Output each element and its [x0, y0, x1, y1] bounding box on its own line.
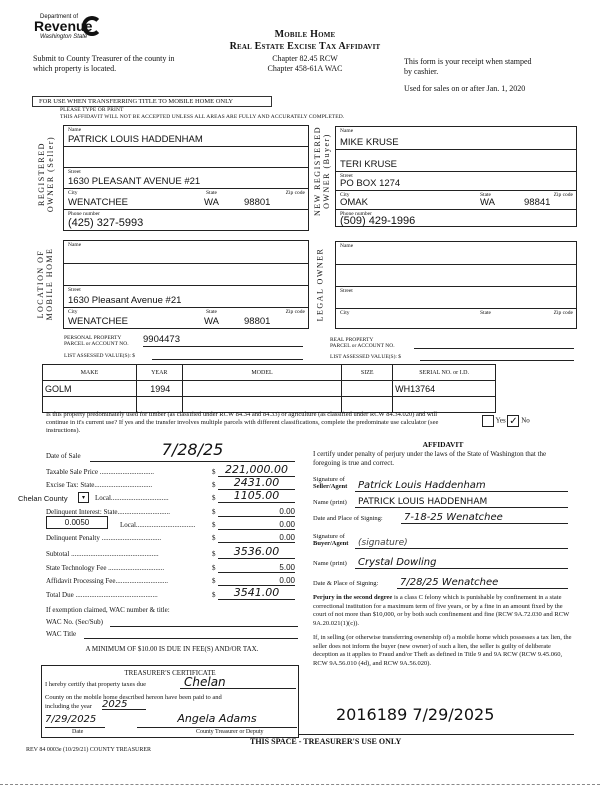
total-due-field[interactable]: 3541.00: [218, 586, 295, 600]
header-model: MODEL: [182, 365, 342, 381]
affidavit-title: AFFIDAVIT: [313, 440, 573, 449]
form-title-line2: Real Estate Excise Tax Affidavit: [180, 41, 430, 52]
wac-title-field[interactable]: [84, 630, 298, 639]
mobile-home-table: MAKE YEAR MODEL SIZE SERIAL NO. or I.D. …: [42, 364, 496, 413]
seller-signature-field[interactable]: Patrick Louis Haddenham: [355, 480, 568, 492]
buyer-name-row: Name (print) Crystal Dowling: [313, 552, 568, 569]
buyer-zip[interactable]: 98841: [524, 197, 550, 208]
chapter-rcw: Chapter 82.45 RCW: [230, 54, 380, 64]
table-row: GOLM 1994 WH13764: [43, 381, 496, 397]
certificate-year-field[interactable]: 2025: [102, 699, 146, 710]
processing-fee-field[interactable]: 0.00: [218, 576, 295, 586]
seller-date-row: Date and Place of Signing: 7-18-25 Wenat…: [313, 509, 568, 524]
title-transfer-banner: FOR USE WHEN TRANSFERRING TITLE TO MOBIL…: [32, 96, 272, 107]
used-for-note: Used for sales on or after Jan. 1, 2020: [404, 84, 574, 94]
exemption-label: If exemption claimed, WAC number & title…: [46, 606, 170, 614]
current-use-choice: Yes ✓ No: [482, 415, 530, 427]
no-label: No: [521, 417, 530, 425]
location-city[interactable]: WENATCHEE: [68, 316, 128, 327]
wac-no-field[interactable]: [110, 618, 298, 627]
delinquent-penalty-field[interactable]: 0.00: [218, 533, 295, 543]
seller-section-label: REGISTEREDOWNER (Seller): [37, 124, 55, 224]
form-footer: REV 84 0003e (10/29/21) COUNTY TREASURER: [26, 747, 151, 753]
perjury-notice: Perjury in the second degree is a class …: [313, 594, 575, 628]
delinquent-interest-local-field[interactable]: 0.00: [218, 520, 295, 530]
logo-state: Washington State: [40, 34, 87, 40]
seller-signature-row: Signature ofSeller/Agent Patrick Louis H…: [313, 472, 568, 492]
buyer-print-name-field[interactable]: Crystal Dowling: [355, 557, 568, 569]
certificate-date-field[interactable]: 7/29/2025: [45, 714, 105, 728]
seller-date-place-field[interactable]: 7-18-25 Wenatchee: [401, 512, 568, 524]
chapter-wac: Chapter 458-61A WAC: [230, 64, 380, 74]
minimum-due-note: A MINIMUM OF $10.00 IS DUE IN FEE(S) AND…: [46, 645, 298, 653]
personal-property-parcel-no[interactable]: 9904473: [143, 334, 303, 347]
delinquent-penalty-row: Delinquent Penalty .....................…: [46, 530, 295, 543]
header-make: MAKE: [43, 365, 137, 381]
print-instruction: PLEASE TYPE OR PRINT: [60, 107, 123, 114]
header-serial: SERIAL NO. or I.D.: [393, 365, 496, 381]
buyer-street[interactable]: PO BOX 1274: [340, 178, 400, 189]
buyer-phone[interactable]: (509) 429-1996: [340, 215, 415, 227]
delinquent-interest-state-field[interactable]: 0.00: [218, 507, 295, 517]
certificate-county-field[interactable]: Chelan: [180, 675, 296, 689]
treasurer-use-label: THIS SPACE - TREASURER'S USE ONLY: [250, 737, 550, 746]
excise-local-row: Local.................................$ …: [46, 490, 295, 503]
subtotal-field[interactable]: 3536.00: [218, 545, 295, 559]
real-assessed-value[interactable]: [420, 353, 574, 361]
excise-tax-local-field[interactable]: 1105.00: [218, 489, 295, 503]
buyer-city[interactable]: OMAK: [340, 197, 368, 208]
real-property-parcel-no[interactable]: [414, 340, 574, 349]
location-state[interactable]: WA: [204, 316, 219, 327]
header-year: YEAR: [136, 365, 182, 381]
buyer-signature-row: Signature ofBuyer/Agent (signature): [313, 527, 568, 549]
header-size: SIZE: [342, 365, 393, 381]
buyer-section-label: NEW REGISTEREDOWNER (Buyer): [313, 116, 331, 226]
buyer-signature-field[interactable]: (signature): [355, 538, 568, 549]
seller-name-1[interactable]: PATRICK LOUIS HADDENHAM: [68, 134, 203, 145]
serial-cell[interactable]: WH13764: [393, 381, 496, 397]
buyer-date-row: Date & Place of Signing: 7/28/25 Wenatch…: [313, 572, 568, 589]
seller-city[interactable]: WENATCHEE: [68, 197, 128, 208]
legal-owner-box: Name Street CityStateZip code: [335, 241, 577, 329]
cut-line: [0, 784, 600, 785]
tax-lien-notice: If, in selling (or otherwise transferrin…: [313, 634, 575, 668]
location-zip[interactable]: 98801: [244, 316, 270, 327]
buyer-state[interactable]: WA: [480, 197, 495, 208]
make-cell[interactable]: GOLM: [43, 381, 137, 397]
taxable-sale-price-field[interactable]: 221,000.00: [218, 463, 295, 477]
wac-no-label: WAC No. (Sec/Sub): [46, 618, 103, 626]
dor-logo: Department of Revenue Washington State: [34, 14, 104, 42]
seller-street[interactable]: 1630 PLEASANT AVENUE #21: [68, 176, 200, 187]
tech-fee-row: State Technology Fee ...................…: [46, 560, 295, 573]
treasurer-certificate: TREASURER'S CERTIFICATE I hereby certify…: [41, 665, 299, 738]
affidavit-certify: I certify under penalty of perjury under…: [313, 450, 563, 468]
buyer-date-place-field[interactable]: 7/28/25 Wenatchee: [397, 577, 568, 589]
buyer-box: NameMIKE KRUSE TERI KRUSE StreetPO BOX 1…: [335, 126, 577, 227]
treasurer-signature-field[interactable]: Angela Adams: [137, 712, 297, 728]
seller-state[interactable]: WA: [204, 197, 219, 208]
date-of-sale-label: Date of Sale: [46, 452, 81, 460]
model-cell[interactable]: [182, 381, 342, 397]
seller-zip[interactable]: 98801: [244, 197, 270, 208]
location-street[interactable]: 1630 Pleasant Avenue #21: [68, 295, 181, 306]
seller-print-name-field[interactable]: PATRICK LOUIS HADDENHAM: [355, 497, 568, 508]
completion-instruction: THIS AFFIDAVIT WILL NOT BE ACCEPTED UNLE…: [60, 114, 344, 121]
buyer-name-1[interactable]: MIKE KRUSE: [340, 137, 399, 148]
personal-assessed-value[interactable]: [152, 352, 303, 360]
location-box: Name Street1630 Pleasant Avenue #21 City…: [63, 240, 309, 329]
current-use-question: Is this property predominately used for …: [46, 411, 446, 435]
processing-fee-row: Affidavit Processing Fee................…: [46, 573, 295, 586]
year-cell[interactable]: 1994: [136, 381, 182, 397]
wac-title-label: WAC Title: [46, 630, 76, 638]
delinquent-interest-local-row: Local..................................$…: [46, 517, 295, 530]
form-title-line1: Mobile Home: [200, 29, 410, 40]
tech-fee-field[interactable]: 5.00: [218, 563, 295, 573]
subtotal-row: Subtotal ...............................…: [46, 545, 295, 559]
receipt-note: This form is your receipt when stamped b…: [404, 57, 534, 77]
legal-owner-section-label: LEGAL OWNER: [316, 240, 325, 330]
seller-box: NamePATRICK LOUIS HADDENHAM Street1630 P…: [63, 125, 309, 231]
date-of-sale-field[interactable]: 7/28/25: [90, 440, 295, 462]
dor-logo-icon: [82, 16, 102, 36]
buyer-name-2[interactable]: TERI KRUSE: [340, 159, 397, 170]
submit-note: Submit to County Treasurer of the county…: [33, 54, 193, 74]
treasurer-stamp: 2016189 7/29/2025: [298, 705, 574, 735]
yes-label: Yes: [496, 417, 506, 425]
total-due-row: Total Due ..............................…: [46, 586, 295, 600]
no-checkbox[interactable]: ✓: [507, 415, 519, 427]
size-cell[interactable]: [342, 381, 393, 397]
seller-name-row: Name (print) PATRICK LOUIS HADDENHAM: [313, 493, 568, 508]
yes-checkbox[interactable]: [482, 415, 494, 427]
excise-tax-state-field[interactable]: 2431.00: [218, 476, 295, 490]
seller-phone[interactable]: (425) 327-5993: [68, 217, 143, 229]
location-section-label: LOCATION OFMOBILE HOME: [36, 239, 54, 329]
